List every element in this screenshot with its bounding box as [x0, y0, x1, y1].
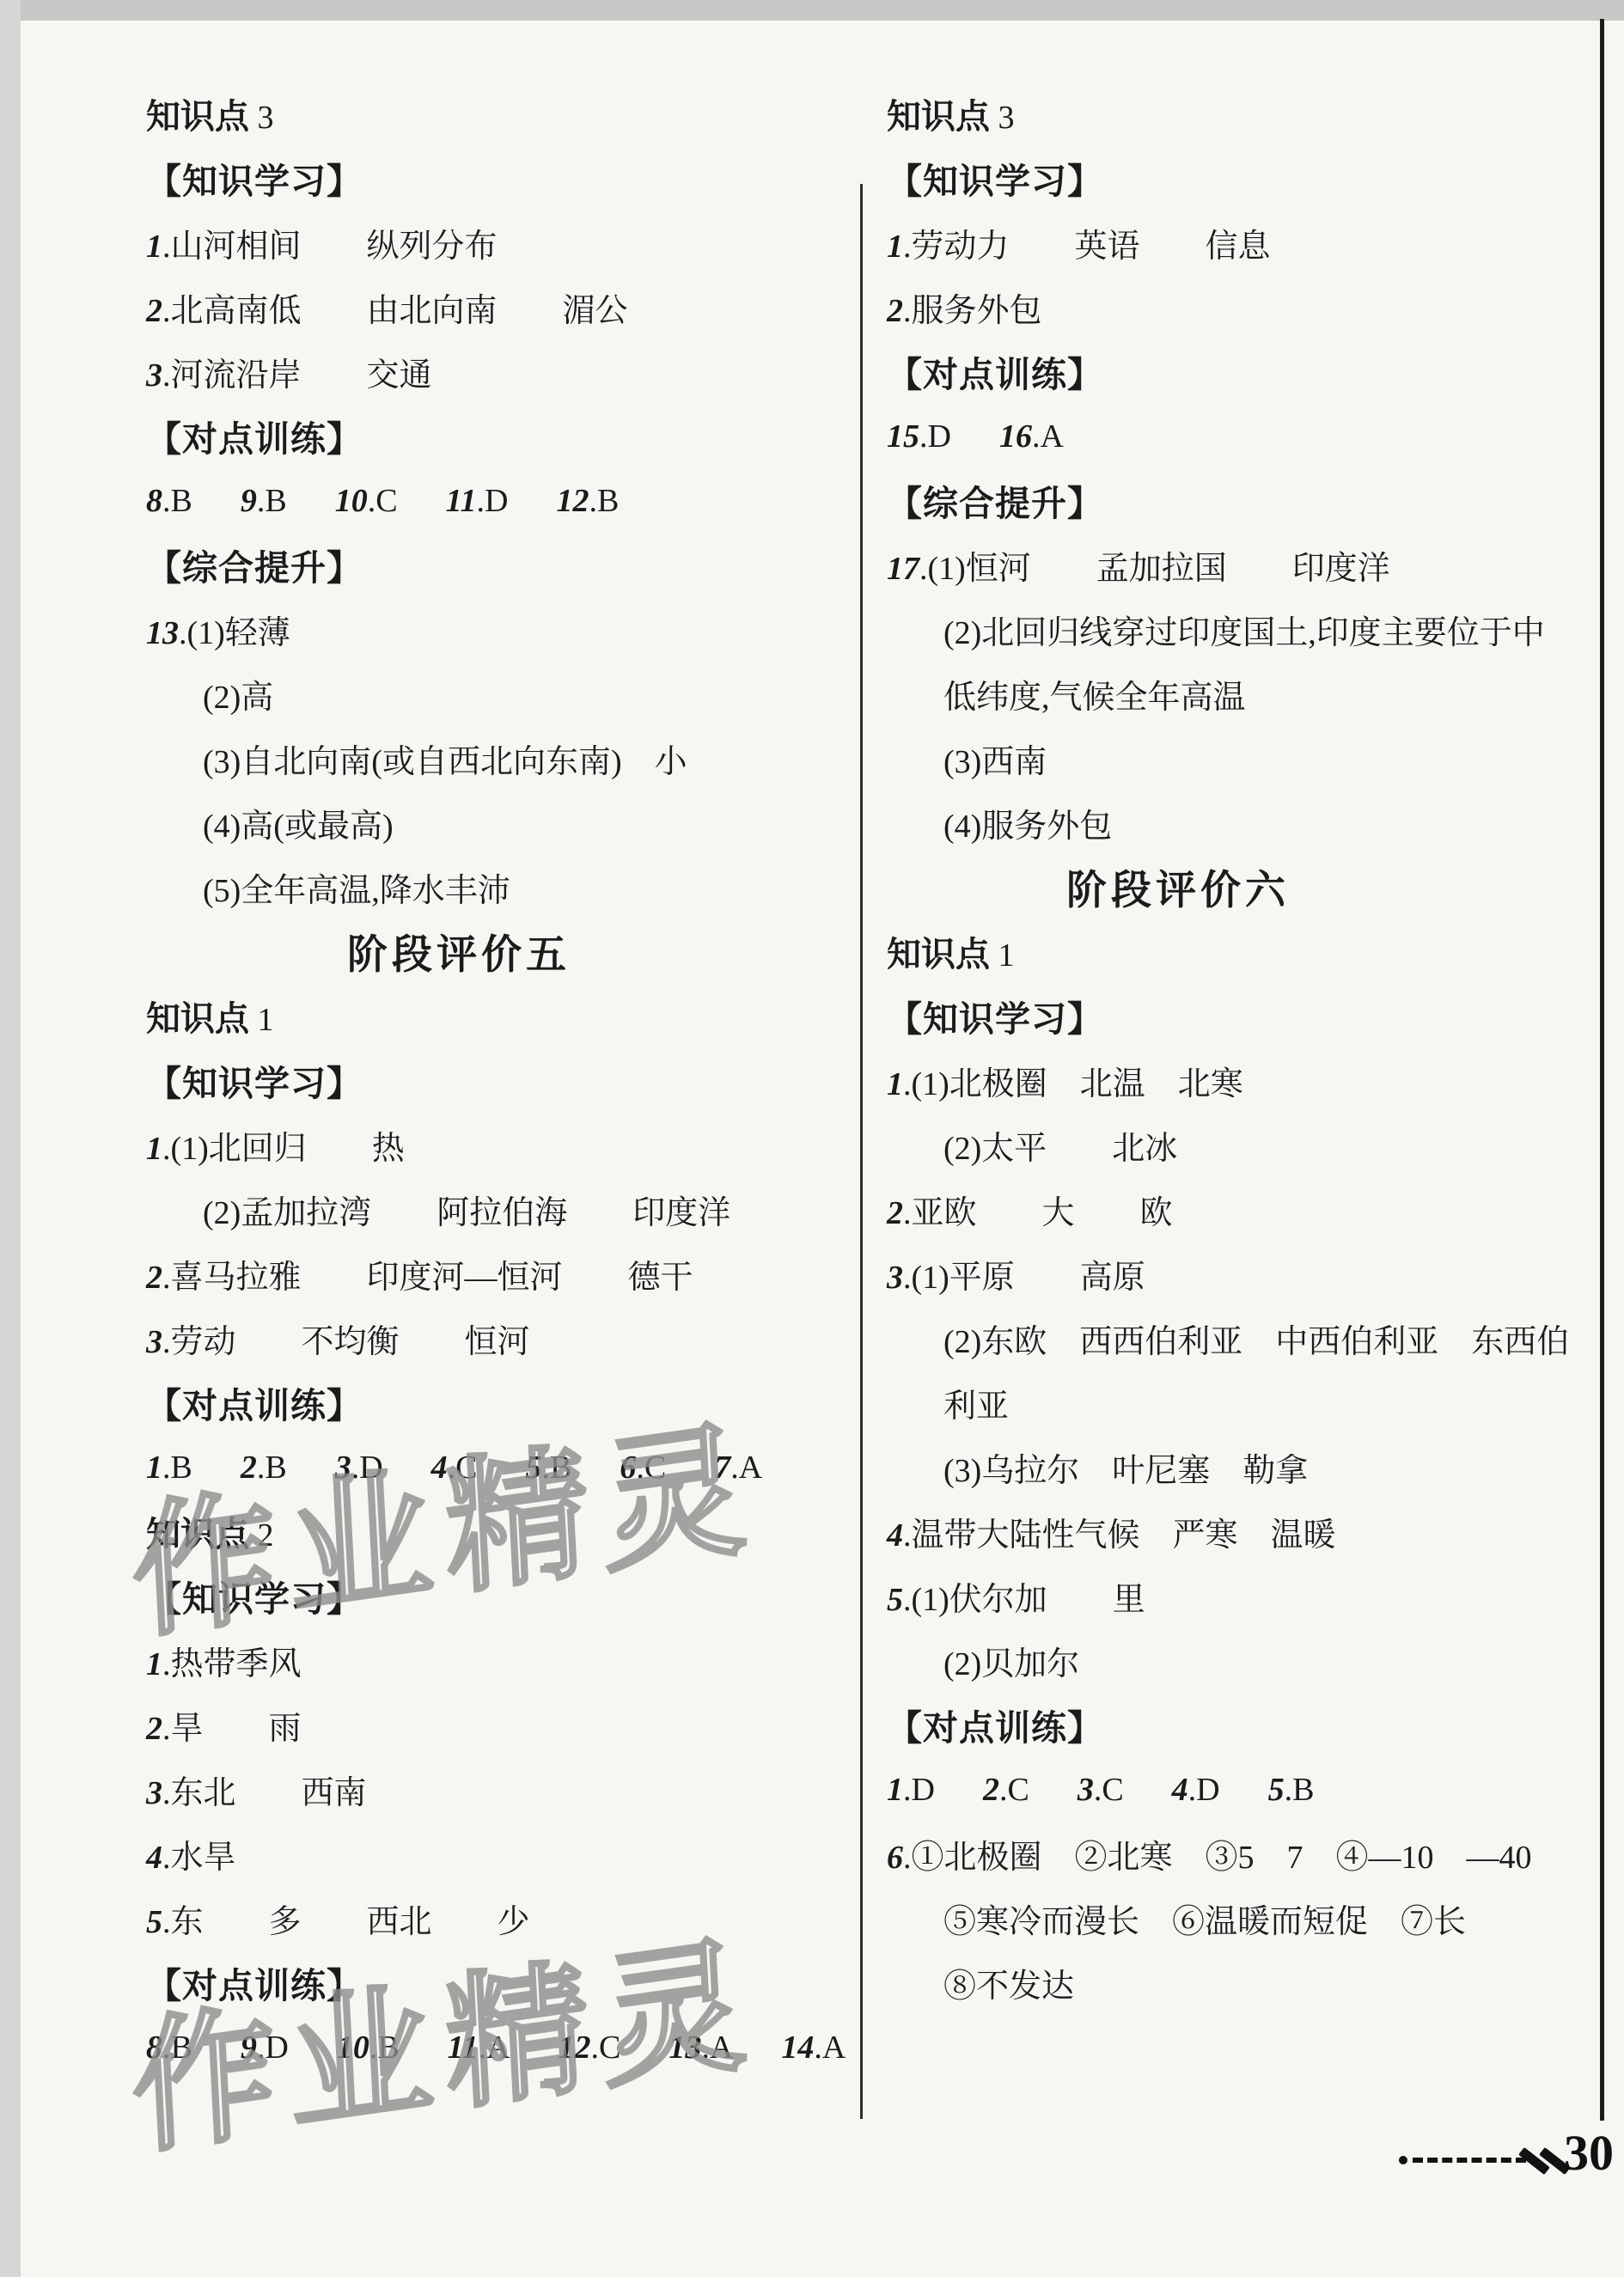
section-header: 【对点训练】	[887, 339, 1598, 404]
text-segment: (5)全年高温,降水丰沛	[203, 864, 510, 911]
text-segment: 低纬度,气候全年高温	[943, 670, 1246, 717]
text-segment: 2.亚欧 大 欧	[887, 1186, 1173, 1233]
answer-subitem: (2)太平 北冰	[887, 1113, 1598, 1177]
choice-answers-row: 8.B9.B10.C11.D12.B	[146, 468, 901, 533]
text-segment: 14.A	[781, 2029, 846, 2066]
text-segment: (3)乌拉尔 叶尼塞 勒拿	[943, 1444, 1308, 1491]
answer-item: 1.劳动力 英语 信息	[887, 211, 1598, 275]
text-segment: 5.东 多 西北 少	[146, 1895, 530, 1942]
answer-item: 6.①北极圈 ②北寒 ③5 7 ④—10 —40	[887, 1822, 1598, 1886]
arrow-dash-line	[1413, 2158, 1526, 2163]
answer-item: 2.旱 雨	[146, 1693, 901, 1757]
right-margin-rule	[1600, 19, 1604, 2121]
page-top-edge	[0, 0, 1624, 21]
text-segment: 2.旱 雨	[146, 1701, 302, 1749]
text-segment: (2)高	[203, 670, 273, 717]
page-number-arrow	[1399, 2141, 1588, 2181]
text-segment: (3)西南	[943, 735, 1047, 782]
text-segment: 4.C	[431, 1449, 478, 1486]
text-segment: 8.B	[146, 482, 192, 520]
stage-evaluation-heading: 阶段评价五	[82, 919, 836, 984]
text-segment: 3.(1)平原 高原	[887, 1250, 1145, 1297]
text-segment: 9.B	[241, 482, 287, 520]
answer-item: 2.喜马拉雅 印度河—恒河 德干	[146, 1242, 901, 1306]
answer-subitem: (3)西南	[887, 726, 1598, 791]
answer-item: 1.(1)北回归 热	[146, 1113, 901, 1177]
left-column: 知识点 3【知识学习】1.山河相间 纵列分布2.北高南低 由北向南 湄公3.河流…	[146, 82, 901, 2079]
answer-item: 2.北高南低 由北向南 湄公	[146, 275, 901, 339]
answer-item: 3.河流沿岸 交通	[146, 339, 901, 404]
section-header: 【知识学习】	[146, 1564, 901, 1628]
knowledge-point-label: 知识点 1	[887, 919, 1598, 984]
text-segment: 13.(1)轻薄	[146, 606, 290, 653]
text-segment: 利亚	[943, 1379, 1009, 1426]
text-segment: 【知识学习】	[146, 1571, 363, 1621]
text-segment: 17.(1)恒河 孟加拉国 印度洋	[887, 541, 1390, 589]
choice-answers-row: 1.D2.C3.C4.D5.B	[887, 1757, 1598, 1822]
choice-answers-row: 8.B9.D10.B11.A12.C13.A14.A	[146, 2015, 901, 2079]
text-segment: 15.D	[887, 418, 951, 455]
text-segment: 4.温带大陆性气候 严寒 温暖	[887, 1508, 1336, 1555]
section-header: 【知识学习】	[146, 1048, 901, 1113]
section-header: 【对点训练】	[146, 1370, 901, 1435]
text-segment: 6.①北极圈 ②北寒 ③5 7 ④—10 —40	[887, 1830, 1532, 1877]
text-segment: 2.北高南低 由北向南 湄公	[146, 284, 628, 331]
answer-item: 3.劳动 不均衡 恒河	[146, 1306, 901, 1370]
right-column: 知识点 3【知识学习】1.劳动力 英语 信息2.服务外包【对点训练】15.D16…	[887, 82, 1598, 2015]
text-segment: 5.(1)伏尔加 里	[887, 1572, 1145, 1620]
section-header: 【知识学习】	[146, 146, 901, 211]
text-segment: 【知识学习】	[887, 991, 1103, 1041]
text-segment: (4)服务外包	[943, 799, 1112, 846]
answer-item: 4.温带大陆性气候 严寒 温暖	[887, 1499, 1598, 1564]
answer-subitem: (4)高(或最高)	[146, 791, 901, 855]
answer-item: 5.(1)伏尔加 里	[887, 1564, 1598, 1628]
text-segment: 4.水旱	[146, 1830, 236, 1877]
text-segment: 12.C	[559, 2029, 621, 2066]
text-segment: 13.A	[669, 2029, 733, 2066]
text-segment: 阶段评价六	[1066, 858, 1290, 916]
answer-item: 13.(1)轻薄	[146, 597, 901, 662]
answer-item: 1.热带季风	[146, 1628, 901, 1693]
answer-item: 1.(1)北极圈 北温 北寒	[887, 1048, 1598, 1113]
answer-item: 4.水旱	[146, 1822, 901, 1886]
arrow-dot-icon	[1399, 2156, 1407, 2164]
text-segment: 1.(1)北回归 热	[146, 1121, 405, 1169]
text-segment: 【对点训练】	[887, 346, 1103, 397]
answer-subitem: 低纬度,气候全年高温	[887, 662, 1598, 726]
page-number: 30	[1564, 2124, 1614, 2182]
answer-subitem: (2)北回归线穿过印度国土,印度主要位于中	[887, 597, 1598, 662]
text-segment: 12.B	[556, 482, 619, 520]
answer-subitem: (2)贝加尔	[887, 1628, 1598, 1693]
section-header: 【对点训练】	[146, 1950, 901, 2015]
answer-sheet-page: 知识点 3【知识学习】1.山河相间 纵列分布2.北高南低 由北向南 湄公3.河流…	[0, 0, 1624, 2277]
text-segment: (2)北回归线穿过印度国土,印度主要位于中	[943, 606, 1545, 653]
text-segment: 11.A	[448, 2029, 510, 2066]
text-segment: (2)东欧 西西伯利亚 中西伯利亚 东西伯	[943, 1315, 1569, 1362]
answer-subitem: (4)服务外包	[887, 791, 1598, 855]
section-header: 【综合提升】	[887, 468, 1598, 533]
knowledge-point-label: 知识点 3	[146, 82, 901, 146]
answer-subitem: (2)高	[146, 662, 901, 726]
text-segment: 3.劳动 不均衡 恒河	[146, 1315, 530, 1362]
text-segment: 3.河流沿岸 交通	[146, 348, 432, 395]
text-segment: (2)太平 北冰	[943, 1121, 1177, 1169]
knowledge-point-label: 知识点 3	[887, 82, 1598, 146]
text-segment: 【知识学习】	[146, 153, 363, 204]
text-segment: (4)高(或最高)	[203, 799, 394, 846]
text-segment: 1.(1)北极圈 北温 北寒	[887, 1057, 1243, 1104]
text-segment: 10.B	[337, 2029, 400, 2066]
text-segment: 2.C	[983, 1771, 1029, 1809]
text-segment: 1.劳动力 英语 信息	[887, 219, 1271, 266]
text-segment: 1.B	[146, 1449, 192, 1486]
text-segment: 1.山河相间 纵列分布	[146, 219, 498, 266]
answer-item: 1.山河相间 纵列分布	[146, 211, 901, 275]
section-header: 【知识学习】	[887, 984, 1598, 1048]
section-header: 【综合提升】	[146, 533, 901, 597]
text-segment: 11.D	[446, 482, 509, 520]
choice-answers-row: 1.B2.B3.D4.C5.B6.C7.A	[146, 1435, 901, 1499]
text-segment: 9.D	[241, 2029, 289, 2066]
answer-subitem: ⑧不发达	[887, 1950, 1598, 2015]
text-segment: 5.B	[526, 1449, 572, 1486]
text-segment: 【对点训练】	[146, 1377, 363, 1428]
section-header: 【知识学习】	[887, 146, 1598, 211]
text-segment: 知识点 3	[887, 89, 1015, 138]
answer-item: 2.亚欧 大 欧	[887, 1177, 1598, 1242]
text-segment: 1.热带季风	[146, 1637, 302, 1684]
text-segment: 3.C	[1078, 1771, 1124, 1809]
text-segment: 2.喜马拉雅 印度河—恒河 德干	[146, 1250, 693, 1297]
page-left-edge	[0, 0, 21, 2277]
text-segment: 8.B	[146, 2029, 192, 2066]
text-segment: 知识点 3	[146, 89, 274, 138]
answer-subitem: (2)孟加拉湾 阿拉伯海 印度洋	[146, 1177, 901, 1242]
stage-evaluation-heading: 阶段评价六	[822, 855, 1534, 919]
answer-subitem: (2)东欧 西西伯利亚 中西伯利亚 东西伯	[887, 1306, 1598, 1370]
answer-subitem: (5)全年高温,降水丰沛	[146, 855, 901, 919]
answer-item: 17.(1)恒河 孟加拉国 印度洋	[887, 533, 1598, 597]
text-segment: ⑧不发达	[943, 1959, 1074, 2006]
text-segment: 【对点训练】	[887, 1700, 1103, 1750]
text-segment: 【知识学习】	[887, 153, 1103, 204]
knowledge-point-label: 知识点 2	[146, 1499, 901, 1564]
text-segment: 1.D	[887, 1771, 935, 1809]
answer-subitem: 利亚	[887, 1370, 1598, 1435]
answer-item: 3.东北 西南	[146, 1757, 901, 1822]
choice-answers-row: 15.D16.A	[887, 404, 1598, 468]
answer-item: 5.东 多 西北 少	[146, 1886, 901, 1950]
text-segment: 4.D	[1172, 1771, 1220, 1809]
text-segment: 10.C	[335, 482, 398, 520]
text-segment: 知识点 1	[146, 992, 274, 1041]
answer-subitem: ⑤寒冷而漫长 ⑥温暖而短促 ⑦长	[887, 1886, 1598, 1950]
text-segment: ⑤寒冷而漫长 ⑥温暖而短促 ⑦长	[943, 1895, 1466, 1942]
section-header: 【对点训练】	[887, 1693, 1598, 1757]
section-header: 【对点训练】	[146, 404, 901, 468]
text-segment: (3)自北向南(或自西北向东南) 小	[203, 735, 687, 782]
text-segment: 2.B	[241, 1449, 287, 1486]
text-segment: 【对点训练】	[146, 1957, 363, 2008]
text-segment: 【综合提升】	[146, 540, 363, 590]
text-segment: 阶段评价五	[347, 923, 571, 980]
answer-item: 2.服务外包	[887, 275, 1598, 339]
text-segment: 5.B	[1268, 1771, 1315, 1809]
text-segment: 3.东北 西南	[146, 1766, 367, 1813]
text-segment: 【综合提升】	[887, 475, 1103, 526]
knowledge-point-label: 知识点 1	[146, 984, 901, 1048]
text-segment: 6.C	[620, 1449, 666, 1486]
answer-item: 3.(1)平原 高原	[887, 1242, 1598, 1306]
answer-subitem: (3)乌拉尔 叶尼塞 勒拿	[887, 1435, 1598, 1499]
text-segment: 【对点训练】	[146, 411, 363, 461]
text-segment: 7.A	[714, 1449, 762, 1486]
text-segment: 2.服务外包	[887, 284, 1042, 331]
text-segment: 知识点 2	[146, 1507, 274, 1556]
text-segment: (2)孟加拉湾 阿拉伯海 印度洋	[203, 1186, 730, 1233]
text-segment: 3.D	[335, 1449, 383, 1486]
text-segment: 16.A	[999, 418, 1064, 455]
text-segment: 【知识学习】	[146, 1055, 363, 1106]
text-segment: 知识点 1	[887, 927, 1015, 976]
text-segment: (2)贝加尔	[943, 1637, 1079, 1684]
answer-subitem: (3)自北向南(或自西北向东南) 小	[146, 726, 901, 791]
